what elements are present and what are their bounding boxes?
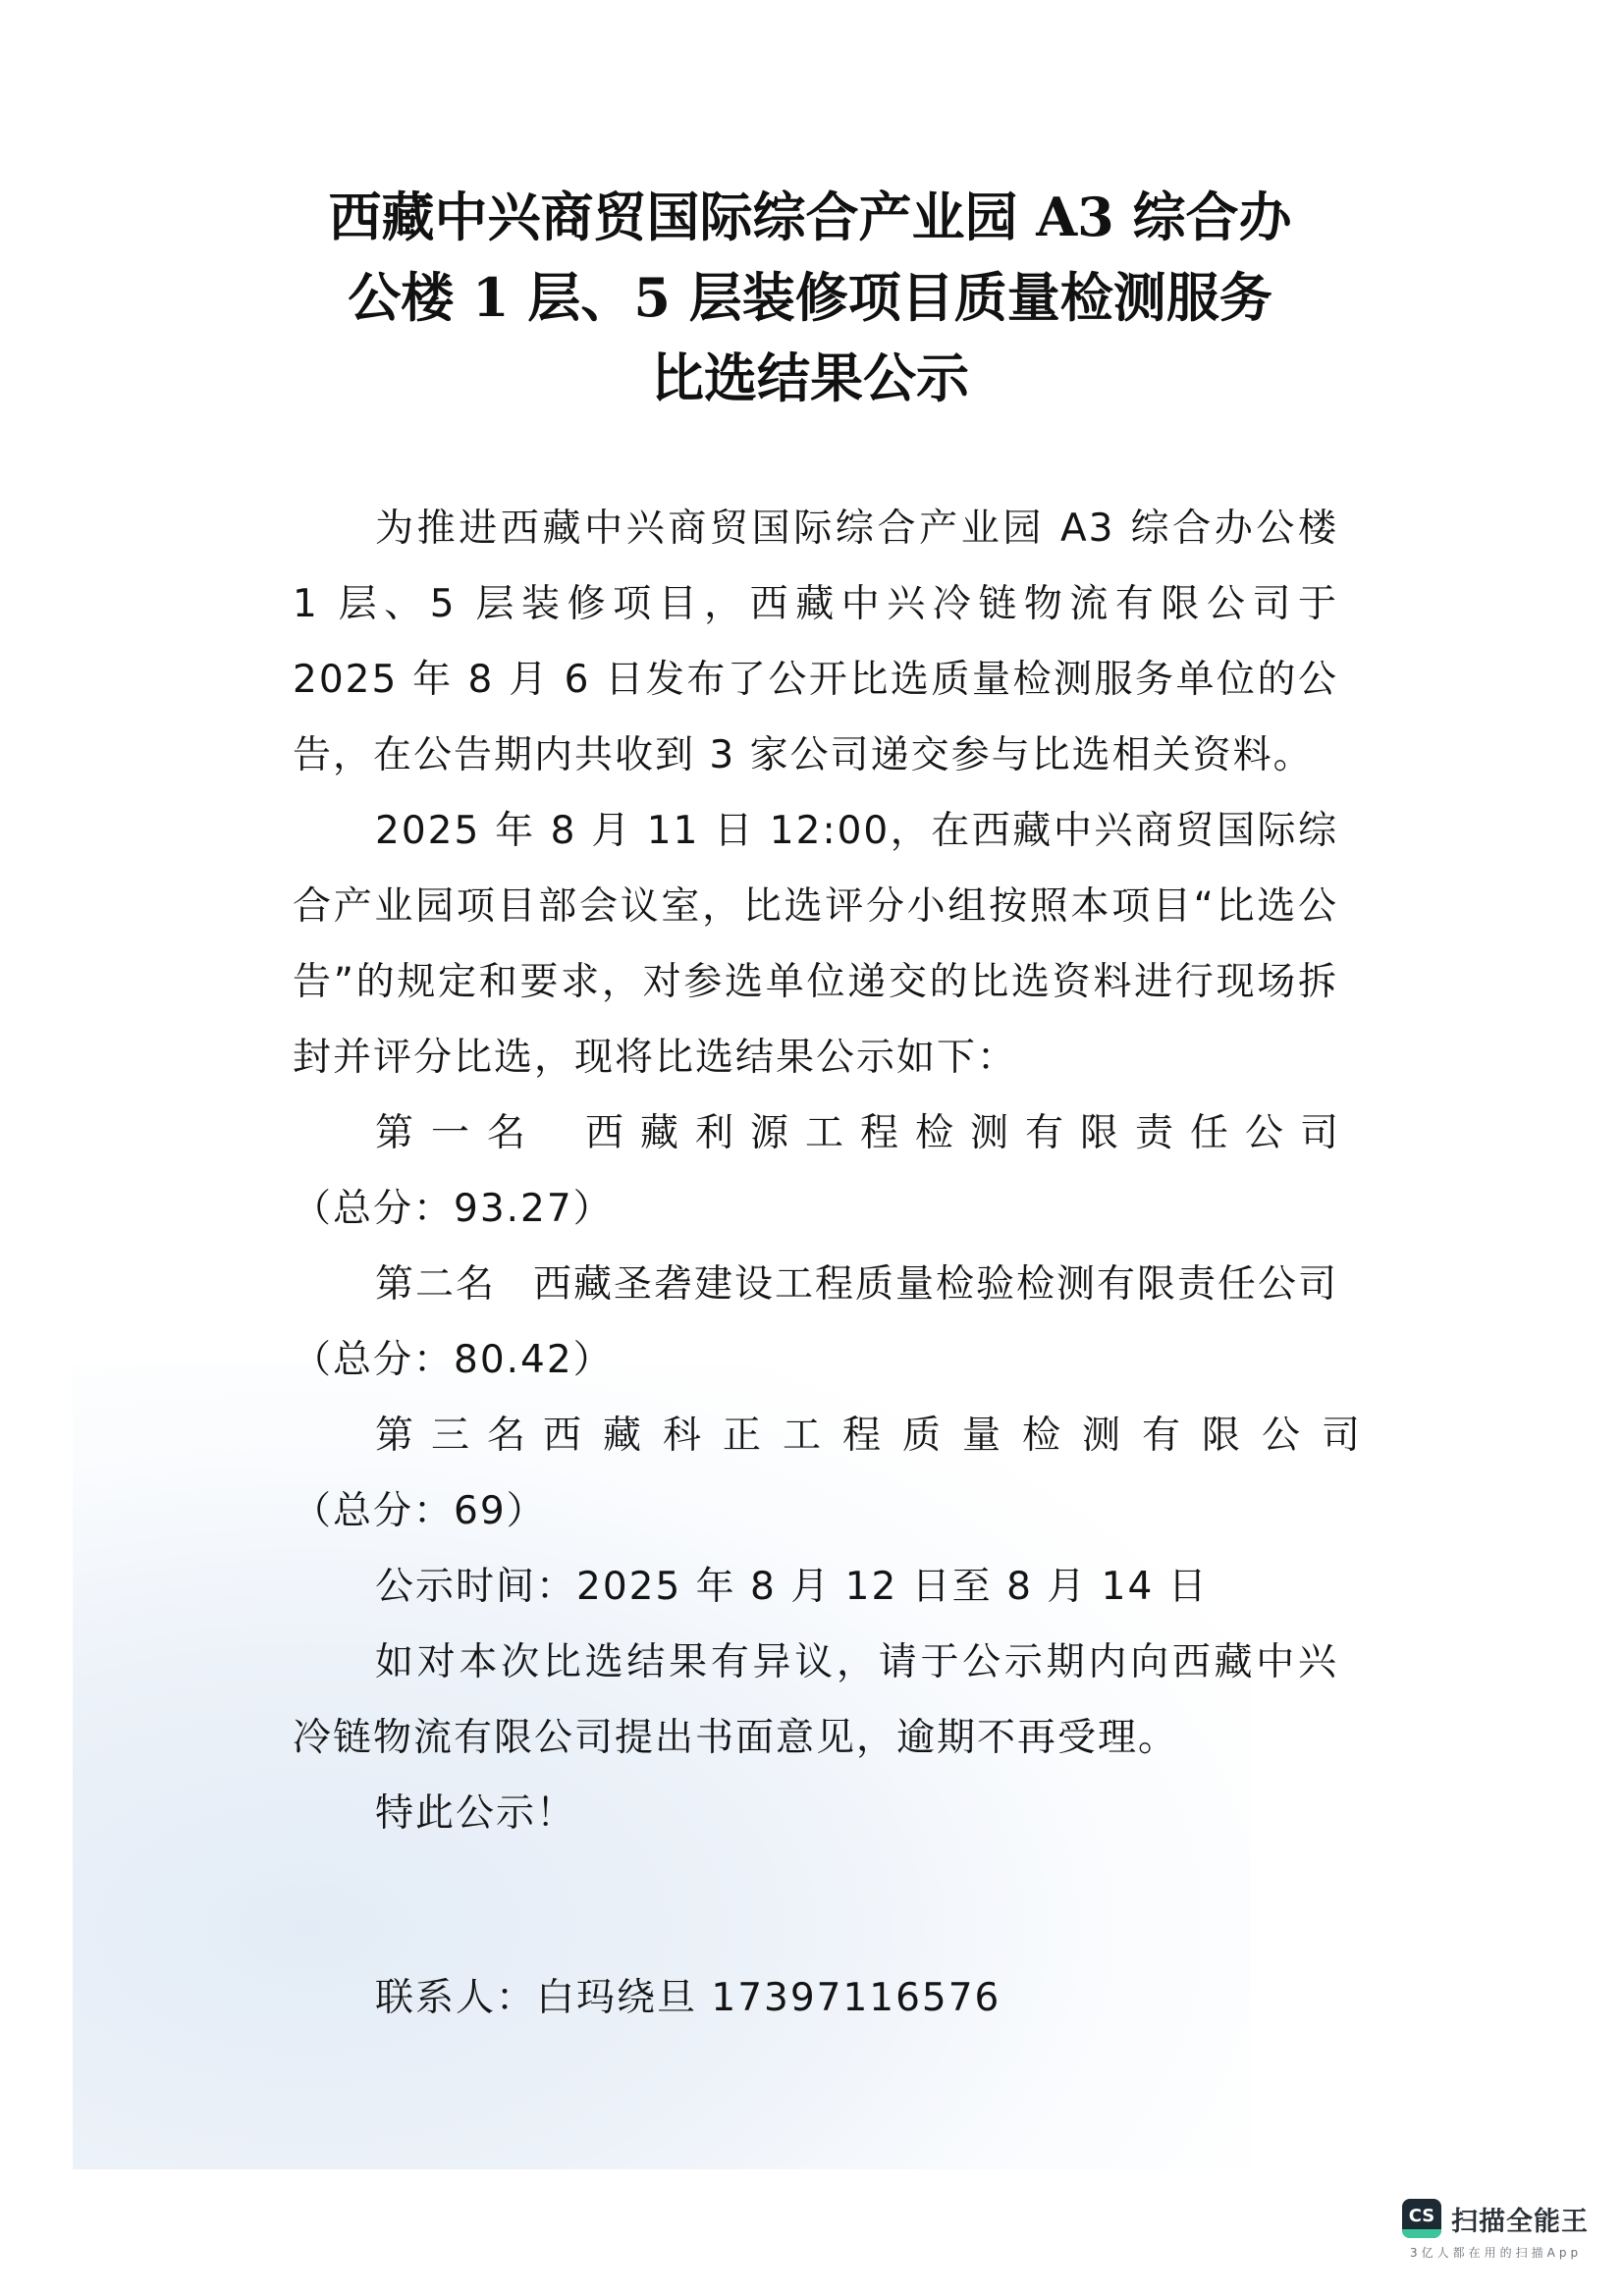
result-third: 第三名 西藏科正工程质量检测有限公司 （总分：69） — [293, 1398, 1338, 1549]
result-second: 第二名 西藏圣砻建设工程质量检验检测有限责任公司 （总分：80.42） — [293, 1247, 1338, 1398]
rank-label: 第二名 — [375, 1247, 496, 1322]
scanner-watermark: CS 扫描全能王 3亿人都在用的扫描App — [1402, 2199, 1623, 2287]
objection-paragraph: 如对本次比选结果有异议，请于公示期内向西藏中兴冷链物流有限公司提出书面意见，逾期… — [293, 1625, 1338, 1776]
title-line-3: 比选结果公示 — [295, 338, 1325, 418]
company-name: 西藏利源工程检测有限责任公司 — [585, 1095, 1355, 1171]
app-name: 扫描全能王 — [1451, 2200, 1589, 2238]
evaluation-paragraph: 2025 年 8 月 11 日 12:00，在西藏中兴商贸国际综合产业园项目部会… — [293, 793, 1338, 1095]
company-name: 西藏科正工程质量检测有限公司 — [543, 1398, 1381, 1473]
result-first: 第一名 西藏利源工程检测有限责任公司 （总分：93.27） — [293, 1095, 1338, 1247]
title-line-1: 西藏中兴商贸国际综合产业园 A3 综合办 — [295, 177, 1325, 257]
score: （总分：93.27） — [293, 1171, 1338, 1247]
title-line-2: 公楼 1 层、5 层装修项目质量检测服务 — [295, 257, 1325, 338]
app-tagline: 3亿人都在用的扫描App — [1402, 2244, 1623, 2261]
score: （总分：80.42） — [293, 1322, 1338, 1398]
rank-label: 第三名 — [375, 1398, 543, 1473]
document-title: 西藏中兴商贸国际综合产业园 A3 综合办 公楼 1 层、5 层装修项目质量检测服… — [295, 177, 1325, 418]
intro-paragraph: 为推进西藏中兴商贸国际综合产业园 A3 综合办公楼 1 层、5 层装修项目，西藏… — [293, 491, 1338, 793]
document-body: 为推进西藏中兴商贸国际综合产业园 A3 综合办公楼 1 层、5 层装修项目，西藏… — [293, 491, 1338, 2036]
camscanner-logo-icon: CS — [1402, 2199, 1441, 2238]
score: （总分：69） — [293, 1473, 1338, 1549]
rank-label: 第一名 — [375, 1095, 543, 1171]
publicity-period: 公示时间：2025 年 8 月 12 日至 8 月 14 日 — [293, 1549, 1338, 1625]
company-name: 西藏圣砻建设工程质量检验检测有限责任公司 — [533, 1247, 1338, 1322]
closing-text: 特此公示！ — [293, 1776, 1338, 1851]
contact-info: 联系人：白玛绕旦 17397116576 — [293, 1960, 1338, 2036]
